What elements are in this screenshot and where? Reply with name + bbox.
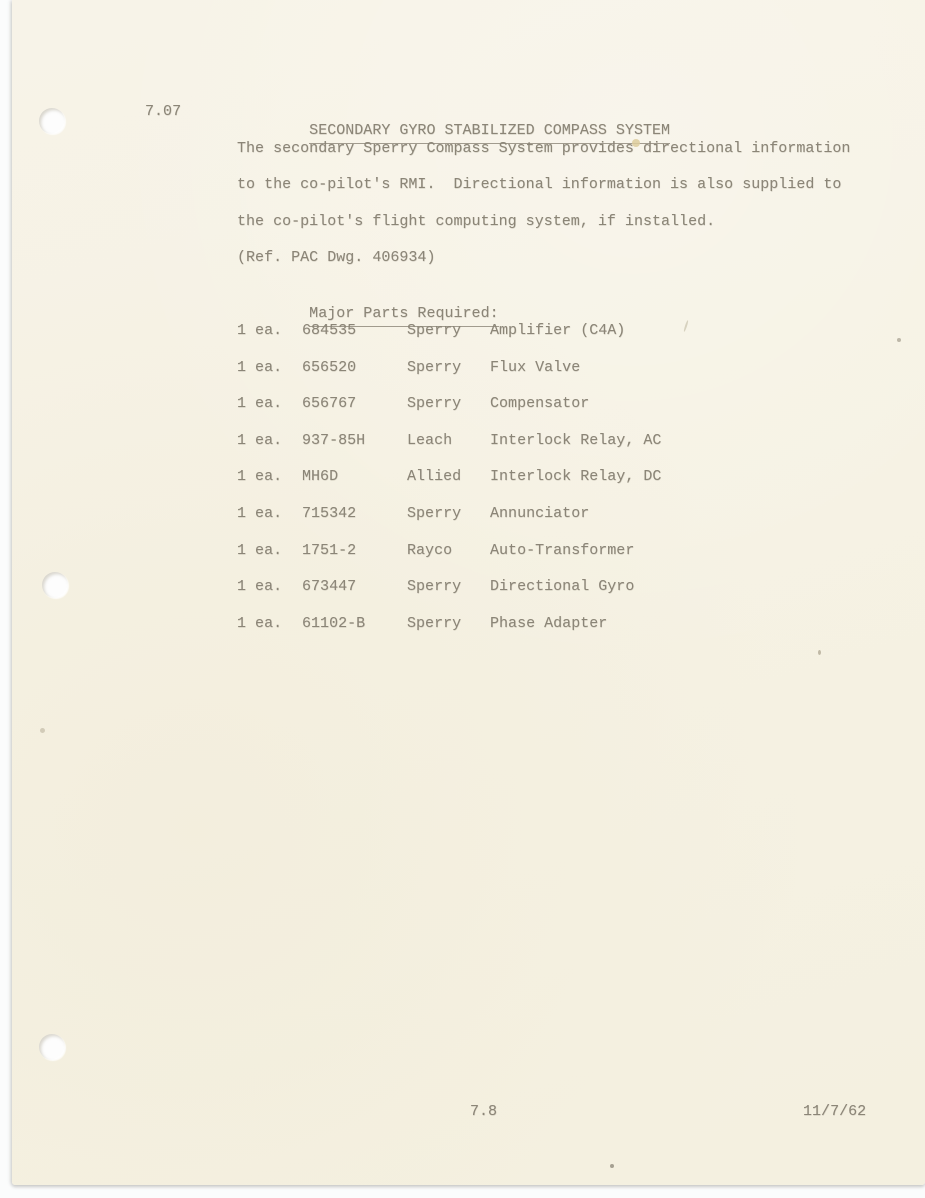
part-number: 684535 bbox=[302, 321, 407, 358]
section-number: 7.07 bbox=[145, 102, 181, 121]
part-number: 61102-B bbox=[302, 614, 407, 651]
part-number: MH6D bbox=[302, 467, 407, 504]
part-qty: 1 ea. bbox=[237, 394, 302, 431]
part-row: 1 ea. 715342 Sperry Annunciator bbox=[237, 504, 897, 541]
part-manufacturer: Sperry bbox=[407, 504, 490, 541]
part-row: 1 ea. 673447 Sperry Directional Gyro bbox=[237, 577, 897, 614]
part-description: Flux Valve bbox=[490, 358, 897, 395]
part-description: Directional Gyro bbox=[490, 577, 897, 614]
part-description: Interlock Relay, DC bbox=[490, 467, 897, 504]
part-row: 1 ea. 1751-2 Rayco Auto-Transformer bbox=[237, 541, 897, 578]
punch-hole-top bbox=[39, 108, 65, 134]
part-description: Compensator bbox=[490, 394, 897, 431]
punch-hole-middle bbox=[42, 572, 68, 598]
part-number: 656520 bbox=[302, 358, 407, 395]
part-row: 1 ea. 656520 Sperry Flux Valve bbox=[237, 358, 897, 395]
part-manufacturer: Sperry bbox=[407, 394, 490, 431]
scan-artifact-speck bbox=[897, 338, 901, 342]
part-qty: 1 ea. bbox=[237, 467, 302, 504]
part-qty: 1 ea. bbox=[237, 431, 302, 468]
paragraph-line: to the co-pilot's RMI. Directional infor… bbox=[237, 175, 897, 212]
part-description: Phase Adapter bbox=[490, 614, 897, 651]
part-manufacturer: Sperry bbox=[407, 358, 490, 395]
part-row: 1 ea. 684535 Sperry Amplifier (C4A) bbox=[237, 321, 897, 358]
footer-page-number: 7.8 bbox=[470, 1102, 497, 1121]
part-qty: 1 ea. bbox=[237, 614, 302, 651]
part-manufacturer: Rayco bbox=[407, 541, 490, 578]
part-qty: 1 ea. bbox=[237, 321, 302, 358]
part-number: 937-85H bbox=[302, 431, 407, 468]
part-number: 656767 bbox=[302, 394, 407, 431]
reference-note: (Ref. PAC Dwg. 406934) bbox=[237, 248, 897, 285]
footer-date: 11/7/62 bbox=[803, 1102, 866, 1121]
part-qty: 1 ea. bbox=[237, 358, 302, 395]
paragraph-line: The secondary Sperry Compass System prov… bbox=[237, 139, 897, 176]
paper-stain-speck bbox=[632, 139, 640, 147]
parts-heading-line: Major Parts Required: bbox=[237, 285, 897, 322]
scan-artifact-speck bbox=[40, 728, 45, 733]
part-description: Annunciator bbox=[490, 504, 897, 541]
part-manufacturer: Leach bbox=[407, 431, 490, 468]
part-description: Amplifier (C4A) bbox=[490, 321, 897, 358]
part-row: 1 ea. MH6D Allied Interlock Relay, DC bbox=[237, 467, 897, 504]
part-number: 673447 bbox=[302, 577, 407, 614]
part-qty: 1 ea. bbox=[237, 541, 302, 578]
intro-paragraph: The secondary Sperry Compass System prov… bbox=[237, 139, 897, 249]
document-content: SECONDARY GYRO STABILIZED COMPASS SYSTEM… bbox=[237, 102, 897, 650]
part-qty: 1 ea. bbox=[237, 577, 302, 614]
title-line: SECONDARY GYRO STABILIZED COMPASS SYSTEM bbox=[237, 102, 897, 139]
scan-artifact-speck bbox=[818, 650, 821, 655]
part-number: 715342 bbox=[302, 504, 407, 541]
scan-background: 7.07 SECONDARY GYRO STABILIZED COMPASS S… bbox=[0, 0, 925, 1198]
part-description: Auto-Transformer bbox=[490, 541, 897, 578]
part-row: 1 ea. 656767 Sperry Compensator bbox=[237, 394, 897, 431]
paper: 7.07 SECONDARY GYRO STABILIZED COMPASS S… bbox=[12, 0, 925, 1185]
part-number: 1751-2 bbox=[302, 541, 407, 578]
part-row: 1 ea. 61102-B Sperry Phase Adapter bbox=[237, 614, 897, 651]
punch-hole-bottom bbox=[39, 1034, 65, 1060]
part-qty: 1 ea. bbox=[237, 504, 302, 541]
parts-table: 1 ea. 684535 Sperry Amplifier (C4A) 1 ea… bbox=[237, 321, 897, 650]
scan-artifact-speck bbox=[610, 1164, 614, 1168]
part-manufacturer: Allied bbox=[407, 467, 490, 504]
part-row: 1 ea. 937-85H Leach Interlock Relay, AC bbox=[237, 431, 897, 468]
part-description: Interlock Relay, AC bbox=[490, 431, 897, 468]
paragraph-line: the co-pilot's flight computing system, … bbox=[237, 212, 897, 249]
part-manufacturer: Sperry bbox=[407, 614, 490, 651]
part-manufacturer: Sperry bbox=[407, 321, 490, 358]
part-manufacturer: Sperry bbox=[407, 577, 490, 614]
